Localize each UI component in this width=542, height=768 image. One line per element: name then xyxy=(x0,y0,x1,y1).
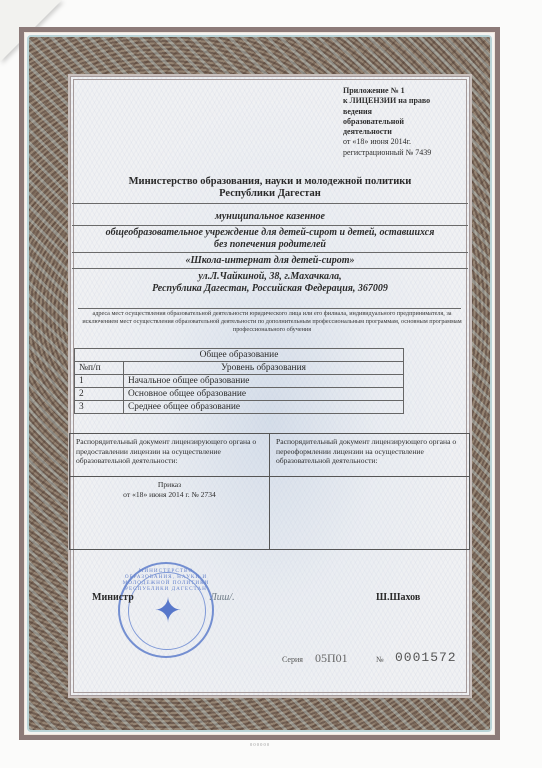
signatory-title: Министр xyxy=(92,592,134,603)
education-table: Общее образование №п/п Уровень образован… xyxy=(74,348,404,414)
order-date-number: от «18» июня 2014 г. № 2734 xyxy=(76,490,263,500)
table-row: 1 Начальное общее образование xyxy=(75,375,404,388)
annex-line3: ведения xyxy=(343,107,473,117)
address-note: адреса мест осуществления образовательно… xyxy=(78,310,466,334)
row-num: 3 xyxy=(75,401,124,414)
org-line1: муниципальное казенное xyxy=(72,211,468,222)
annex-license: к ЛИЦЕНЗИИ на право xyxy=(343,96,473,106)
documents-table: Распорядительный документ лицензирующего… xyxy=(69,433,470,550)
grant-document-header: Распорядительный документ лицензирующего… xyxy=(70,434,270,477)
row-num: 1 xyxy=(75,375,124,388)
issuer-line1: Министерство образования, науки и молоде… xyxy=(80,176,460,188)
org-line2: общеобразовательное учреждение для детей… xyxy=(72,227,468,238)
col-header-level: Уровень образования xyxy=(124,362,404,375)
row-level: Начальное общее образование xyxy=(124,375,404,388)
annex-date: от «18» июня 2014г. xyxy=(343,137,473,147)
annex-number: Приложение № 1 xyxy=(343,86,473,96)
annex-line4: образовательной xyxy=(343,117,473,127)
table-row: 2 Основное общее образование xyxy=(75,388,404,401)
series-label: Серия xyxy=(282,655,303,664)
issuer-line2: Республики Дагестан xyxy=(80,188,460,200)
org-address-line2: Республика Дагестан, Российская Федераци… xyxy=(72,283,468,294)
org-name: «Школа-интернат для детей-сирот» xyxy=(72,255,468,266)
divider xyxy=(72,252,468,253)
number-label: № xyxy=(376,655,384,664)
signatory-name: Ш.Шахов xyxy=(376,592,420,603)
org-line3: без попечения родителей xyxy=(72,239,468,250)
row-num: 2 xyxy=(75,388,124,401)
annex-header: Приложение № 1 к ЛИЦЕНЗИИ на право веден… xyxy=(343,86,473,158)
annex-reg-number: регистрационный № 7439 xyxy=(343,148,473,158)
org-address-line1: ул.Л.Чайкиной, 38, г.Махачкала, xyxy=(72,271,468,282)
divider xyxy=(72,225,468,226)
issuer-title: Министерство образования, науки и молоде… xyxy=(80,176,460,200)
signature: Лиш/. xyxy=(210,592,235,603)
reissue-document-header: Распорядительный документ лицензирующего… xyxy=(270,434,470,477)
number-value: 0001572 xyxy=(395,650,457,665)
divider xyxy=(78,308,461,309)
grant-document-value: Приказ от «18» июня 2014 г. № 2734 xyxy=(70,477,270,550)
reissue-document-value xyxy=(270,477,470,550)
divider xyxy=(72,203,468,204)
col-header-num: №п/п xyxy=(75,362,124,375)
footer-mark: 0 0 0 0 0 0 xyxy=(250,742,269,747)
table-row: 3 Среднее общее образование xyxy=(75,401,404,414)
divider xyxy=(72,268,468,269)
series-value: 05П01 xyxy=(315,651,348,666)
order-label: Приказ xyxy=(76,480,263,490)
official-seal: МИНИСТЕРСТВО ОБРАЗОВАНИЯ, НАУКИ И МОЛОДЕ… xyxy=(118,562,214,658)
seal-text: МИНИСТЕРСТВО ОБРАЗОВАНИЯ, НАУКИ И МОЛОДЕ… xyxy=(120,564,212,656)
education-table-title: Общее образование xyxy=(75,349,404,362)
row-level: Среднее общее образование xyxy=(124,401,404,414)
annex-line5: деятельности xyxy=(343,127,473,137)
eagle-emblem-icon: ✦ xyxy=(146,590,190,634)
row-level: Основное общее образование xyxy=(124,388,404,401)
